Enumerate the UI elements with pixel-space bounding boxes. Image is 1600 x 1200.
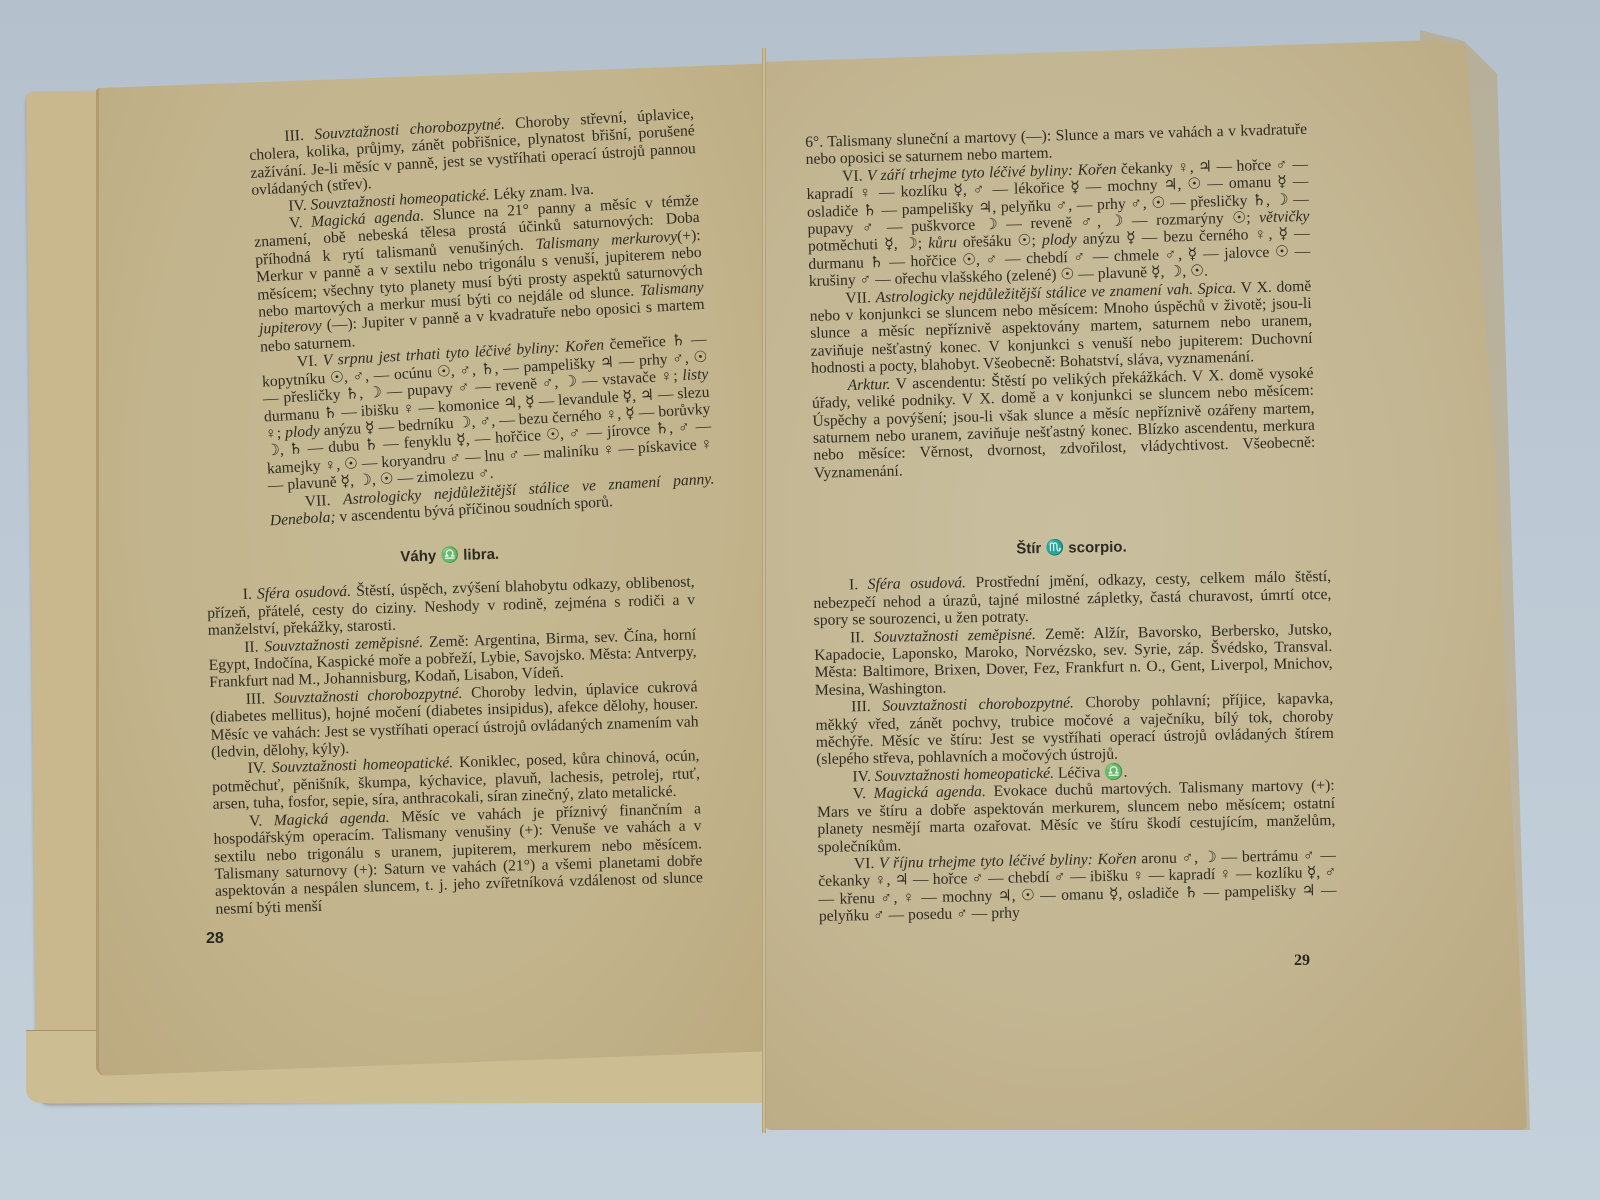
right-page-text-bottom: Štír ♏ scorpio. I. Sféra osudová. Prostř… (812, 513, 1337, 926)
paragraph: I. Sféra osudová. Prostřední jmění, odka… (813, 568, 1332, 629)
paragraph: VII. Astrologicky nejdůležitější stálice… (809, 277, 1313, 377)
section-heading-scorpio: Štír ♏ scorpio. (812, 535, 1330, 561)
section-heading-libra: Váhy ♎ libra. (206, 540, 694, 571)
open-book: III. Souvztažnosti chorobozpytné. Chorob… (0, 0, 1600, 1200)
page-number-right: 29 (1294, 952, 1310, 970)
book-gutter (762, 48, 766, 1133)
paragraph: VI. V říjnu trhejme tyto léčivé byliny: … (818, 847, 1337, 926)
left-page-paragraphs-bottom: I. Sféra osudová. Štěstí, úspěch, zvýšen… (207, 574, 704, 918)
paragraph: V. Magická agenda. Slunce na 21° panny a… (253, 192, 706, 356)
left-page-text-top: III. Souvztažnosti chorobozpytné. Chorob… (248, 105, 716, 530)
left-page-text-bottom: Váhy ♎ libra. I. Sféra osudová. Štěstí, … (205, 518, 704, 918)
page-number-left: 28 (206, 930, 224, 948)
paragraph: VI. V září trhejme tyto léčivé byliny: K… (806, 156, 1311, 291)
paragraph: VI. V srpnu jest trhati tyto léčivé byli… (261, 331, 714, 495)
right-page-text-top: 6°. Talismany sluneční a martovy (—): Sl… (805, 121, 1316, 482)
paragraph: III. Souvztažnosti chorobozpytné. Chorob… (815, 690, 1334, 769)
right-page-paragraphs-bottom: I. Sféra osudová. Prostřední jmění, odka… (813, 568, 1337, 925)
paragraph: V. Magická agenda. Evokace duchů martový… (817, 777, 1336, 856)
paragraph: II. Souvztažnosti zeměpisné. Země: Alžír… (814, 621, 1333, 700)
paragraph: Arktur. V ascendentu: Štěstí po velikých… (811, 364, 1316, 482)
paragraph: V. Magická agenda. Měsíc ve vahách je př… (213, 800, 704, 918)
